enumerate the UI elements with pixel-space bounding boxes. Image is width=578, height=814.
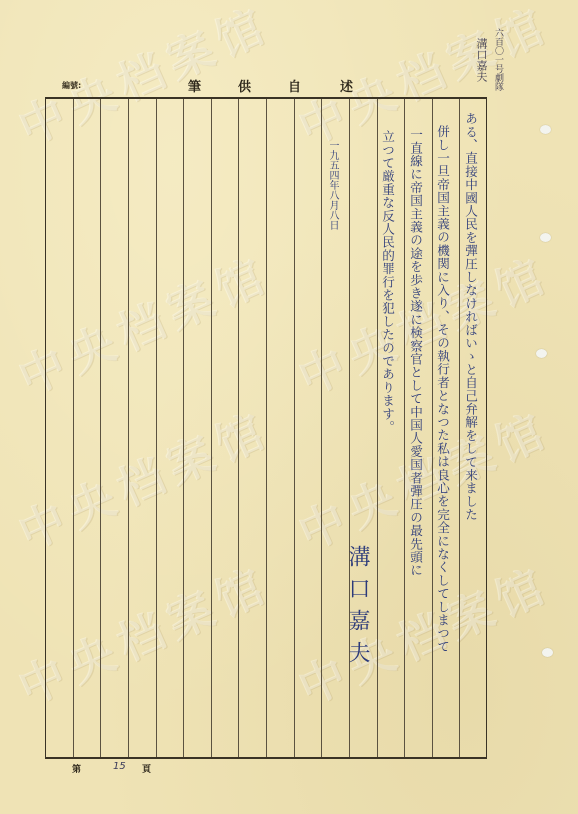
- unit-annotation: 六百〇一号劇隊: [492, 28, 505, 91]
- statement-line: 一直線に帝国主義の途を歩き遂に検察官として中国人愛国者彈圧の最先頭に: [402, 128, 429, 577]
- form-title-char: 述: [340, 76, 353, 95]
- signature-char: 口: [345, 577, 370, 609]
- grid-column-line: [128, 99, 129, 757]
- grid-column-line: [183, 99, 184, 757]
- author-annotation: 溝口嘉夫: [473, 38, 489, 82]
- page-number: 15: [113, 761, 126, 772]
- signature-char: 夫: [345, 641, 370, 673]
- signature: 溝口嘉夫: [344, 545, 371, 673]
- page-prefix: 第: [72, 762, 81, 775]
- statement-line: ある、直接中國人民を彈圧しなければいゝと自己弁解をして来ました: [457, 112, 484, 521]
- punch-hole: [542, 648, 553, 657]
- grid-column-line: [211, 99, 212, 757]
- statement-line: 併し一旦帝国主義の機関に入り、その執行者となつた私は良心を完全になくしてしまつて: [429, 125, 456, 653]
- form-title-char: 自: [288, 76, 301, 95]
- form-title-char: 筆: [188, 76, 201, 95]
- statement-line: 立つて厳重な反人民的罪行を犯したのであります。: [374, 130, 401, 434]
- grid-column-line: [156, 99, 157, 757]
- grid-column-line: [294, 99, 295, 757]
- grid-column-line: [73, 99, 74, 757]
- grid-column-line: [238, 99, 239, 757]
- form-title-char: 供: [238, 76, 251, 95]
- serial-number-label: 編號:: [62, 80, 81, 91]
- punch-hole: [536, 349, 547, 358]
- signature-char: 嘉: [345, 609, 370, 641]
- grid-column-line: [266, 99, 267, 757]
- grid-column-line: [100, 99, 101, 757]
- page-suffix: 頁: [142, 762, 151, 775]
- signature-char: 溝: [345, 545, 370, 577]
- statement-date: 一九五四年八月八日: [319, 140, 346, 230]
- punch-hole: [540, 125, 551, 134]
- punch-hole: [540, 233, 551, 242]
